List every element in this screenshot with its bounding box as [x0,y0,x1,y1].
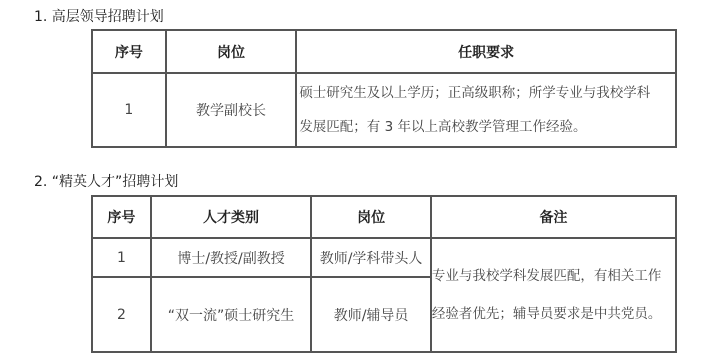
cell-position: 教师/辅导员 [311,277,431,352]
cell-note: 专业与我校学科发展匹配，有相关工作 经验者优先；辅导员要求是中共党员。 [431,238,676,352]
table-header-row: 序号 人才类别 岗位 备注 [92,196,676,238]
header-position: 岗位 [311,196,431,238]
cell-position: 教师/学科带头人 [311,238,431,277]
header-category: 人才类别 [151,196,311,238]
cell-requirements: 硕士研究生及以上学历；正高级职称；所学专业与我校学科 发展匹配；有 3 年以上高… [296,73,676,147]
cell-no: 1 [92,238,151,277]
leadership-recruitment-table: 序号 岗位 任职要求 1 教学副校长 硕士研究生及以上学历；正高级职称；所学专业… [91,29,677,148]
cell-category: “双一流”硕士研究生 [151,277,311,352]
cell-no: 2 [92,277,151,352]
section-1-heading: 1. 高层领导招聘计划 [34,6,164,26]
header-no: 序号 [92,30,166,73]
header-note: 备注 [431,196,676,238]
table-row: 1 教学副校长 硕士研究生及以上学历；正高级职称；所学专业与我校学科 发展匹配；… [92,73,676,147]
note-line-2: 经验者优先；辅导员要求是中共党员。 [432,295,675,333]
cell-no: 1 [92,73,166,147]
cell-category: 博士/教授/副教授 [151,238,311,277]
elite-talent-recruitment-table: 序号 人才类别 岗位 备注 1 博士/教授/副教授 教师/学科带头人 专业与我校… [91,195,677,353]
section-2-heading: 2. “精英人才”招聘计划 [34,171,178,191]
header-position: 岗位 [166,30,297,73]
cell-position: 教学副校长 [166,73,297,147]
requirements-line-2: 发展匹配；有 3 年以上高校教学管理工作经验。 [299,110,673,144]
header-requirements: 任职要求 [296,30,676,73]
header-no: 序号 [92,196,151,238]
table-row: 1 博士/教授/副教授 教师/学科带头人 专业与我校学科发展匹配，有相关工作 经… [92,238,676,277]
note-line-1: 专业与我校学科发展匹配，有相关工作 [432,257,675,295]
table-header-row: 序号 岗位 任职要求 [92,30,676,73]
requirements-line-1: 硕士研究生及以上学历；正高级职称；所学专业与我校学科 [299,76,673,110]
